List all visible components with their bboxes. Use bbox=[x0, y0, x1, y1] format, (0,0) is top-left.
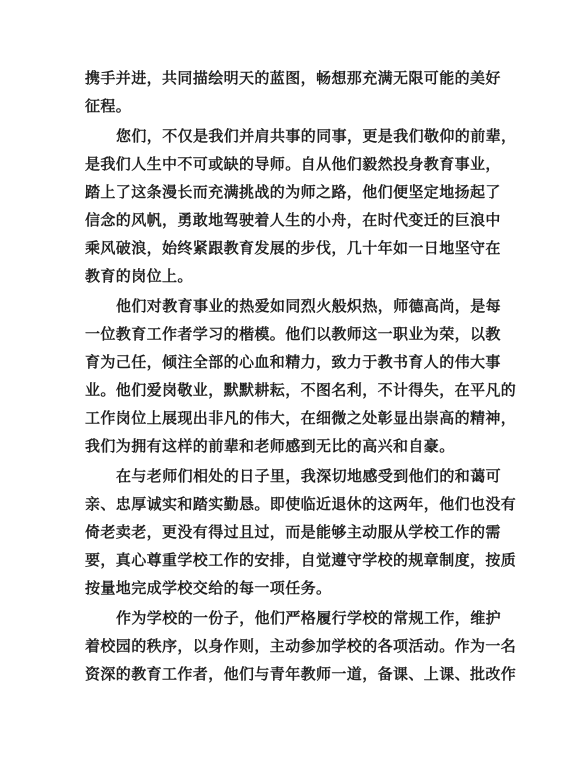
paragraph: 携手并进，共同描绘明天的蓝图，畅想那充满无限可能的美好征程。 bbox=[85, 65, 515, 121]
text-line: 倚老卖老，更没有得过且过，而是能够主动服从学校工作的需 bbox=[85, 519, 515, 547]
text-line: 要，真心尊重学校工作的安排，自觉遵守学校的规章制度，按质 bbox=[85, 547, 515, 575]
text-line: 教育的岗位上。 bbox=[85, 263, 515, 291]
text-line: 是我们人生中不可或缺的导师。自从他们毅然投身教育事业， bbox=[85, 151, 515, 179]
text-line: 携手并进，共同描绘明天的蓝图，畅想那充满无限可能的美好 bbox=[85, 65, 515, 93]
text-line: 您们，不仅是我们并肩共事的同事，更是我们敬仰的前辈， bbox=[85, 123, 515, 151]
text-line: 乘风破浪，始终紧跟教育发展的步伐，几十年如一日地坚守在 bbox=[85, 235, 515, 263]
paragraph: 他们对教育事业的热爱如同烈火般炽热，师德高尚，是每一位教育工作者学习的楷模。他们… bbox=[85, 293, 515, 461]
text-line: 我们为拥有这样的前辈和老师感到无比的高兴和自豪。 bbox=[85, 433, 515, 461]
text-line: 育为己任，倾注全部的心血和精力，致力于教书育人的伟大事 bbox=[85, 349, 515, 377]
text-line: 亲、忠厚诚实和踏实勤恳。即使临近退休的这两年，他们也没有 bbox=[85, 491, 515, 519]
text-line: 征程。 bbox=[85, 93, 515, 121]
text-line: 业。他们爱岗敬业，默默耕耘，不图名利，不计得失，在平凡的 bbox=[85, 377, 515, 405]
text-line: 资深的教育工作者，他们与青年教师一道，备课、上课、批改作 bbox=[85, 661, 515, 689]
paragraph: 您们，不仅是我们并肩共事的同事，更是我们敬仰的前辈，是我们人生中不可或缺的导师。… bbox=[85, 123, 515, 291]
text-line: 一位教育工作者学习的楷模。他们以教师这一职业为荣，以教 bbox=[85, 321, 515, 349]
document-body: 携手并进，共同描绘明天的蓝图，畅想那充满无限可能的美好征程。您们，不仅是我们并肩… bbox=[85, 65, 515, 691]
paragraph: 作为学校的一份子，他们严格履行学校的常规工作，维护着校园的秩序，以身作则，主动参… bbox=[85, 605, 515, 689]
paragraph: 在与老师们相处的日子里，我深切地感受到他们的和蔼可亲、忠厚诚实和踏实勤恳。即使临… bbox=[85, 463, 515, 603]
text-line: 踏上了这条漫长而充满挑战的为师之路，他们便坚定地扬起了 bbox=[85, 179, 515, 207]
text-line: 在与老师们相处的日子里，我深切地感受到他们的和蔼可 bbox=[85, 463, 515, 491]
document-page: 携手并进，共同描绘明天的蓝图，畅想那充满无限可能的美好征程。您们，不仅是我们并肩… bbox=[0, 0, 586, 759]
text-line: 作为学校的一份子，他们严格履行学校的常规工作，维护 bbox=[85, 605, 515, 633]
text-line: 信念的风帆，勇敢地驾驶着人生的小舟，在时代变迁的巨浪中 bbox=[85, 207, 515, 235]
text-line: 按量地完成学校交给的每一项任务。 bbox=[85, 575, 515, 603]
text-line: 工作岗位上展现出非凡的伟大，在细微之处彰显出崇高的精神， bbox=[85, 405, 515, 433]
text-line: 他们对教育事业的热爱如同烈火般炽热，师德高尚，是每 bbox=[85, 293, 515, 321]
text-line: 着校园的秩序，以身作则，主动参加学校的各项活动。作为一名 bbox=[85, 633, 515, 661]
